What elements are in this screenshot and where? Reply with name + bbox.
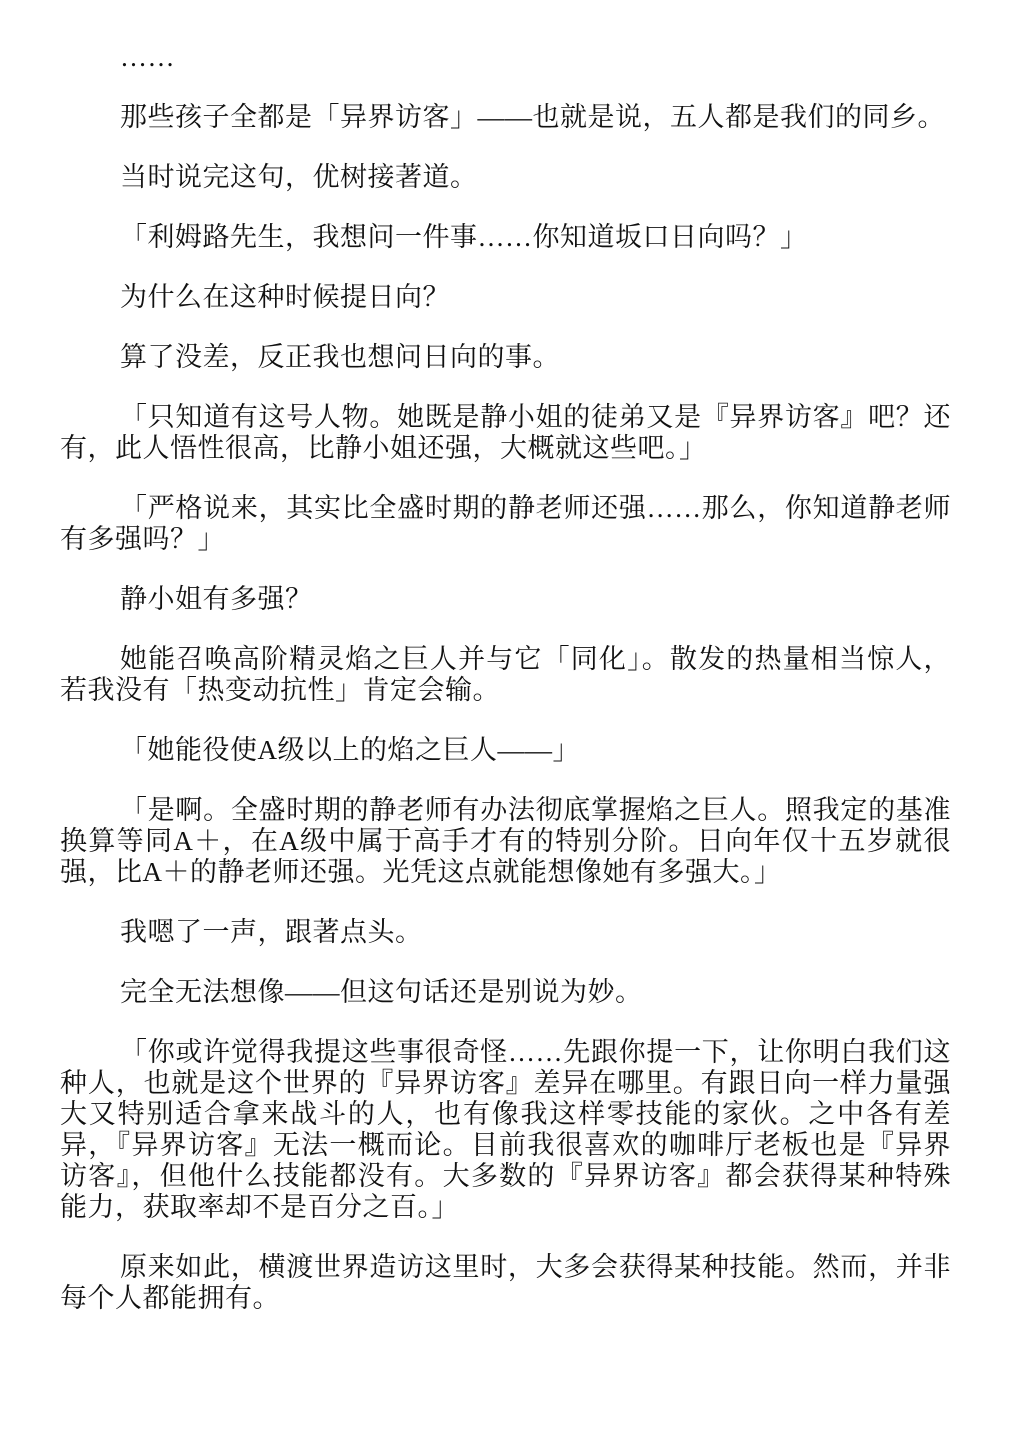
paragraph: 「她能役使A级以上的焰之巨人——」 <box>60 735 951 766</box>
paragraph: 当时说完这句，优树接著道。 <box>60 162 951 193</box>
paragraph: 「利姆路先生，我想问一件事……你知道坂口日向吗？」 <box>60 222 951 253</box>
document-page: …… 那些孩子全都是「异界访客」——也就是说，五人都是我们的同乡。 当时说完这句… <box>0 0 1017 1437</box>
paragraph: 我嗯了一声，跟著点头。 <box>60 917 951 948</box>
ellipsis-line: …… <box>60 42 951 73</box>
paragraph: 「只知道有这号人物。她既是静小姐的徒弟又是『异界访客』吧？还有，此人悟性很高，比… <box>60 402 951 464</box>
paragraph: 算了没差，反正我也想问日向的事。 <box>60 342 951 373</box>
paragraph: 「你或许觉得我提这些事很奇怪……先跟你提一下，让你明白我们这种人，也就是这个世界… <box>60 1037 951 1223</box>
paragraph: 静小姐有多强？ <box>60 584 951 615</box>
paragraph: 「是啊。全盛时期的静老师有办法彻底掌握焰之巨人。照我定的基准换算等同A＋，在A级… <box>60 795 951 888</box>
paragraph: 完全无法想像——但这句话还是别说为妙。 <box>60 977 951 1008</box>
paragraph: 原来如此，横渡世界造访这里时，大多会获得某种技能。然而，并非每个人都能拥有。 <box>60 1252 951 1314</box>
paragraph: 「严格说来，其实比全盛时期的静老师还强……那么，你知道静老师有多强吗？」 <box>60 493 951 555</box>
paragraph: 她能召唤高阶精灵焰之巨人并与它「同化」。散发的热量相当惊人，若我没有「热变动抗性… <box>60 644 951 706</box>
paragraph: 为什么在这种时候提日向？ <box>60 282 951 313</box>
paragraph: 那些孩子全都是「异界访客」——也就是说，五人都是我们的同乡。 <box>60 102 951 133</box>
